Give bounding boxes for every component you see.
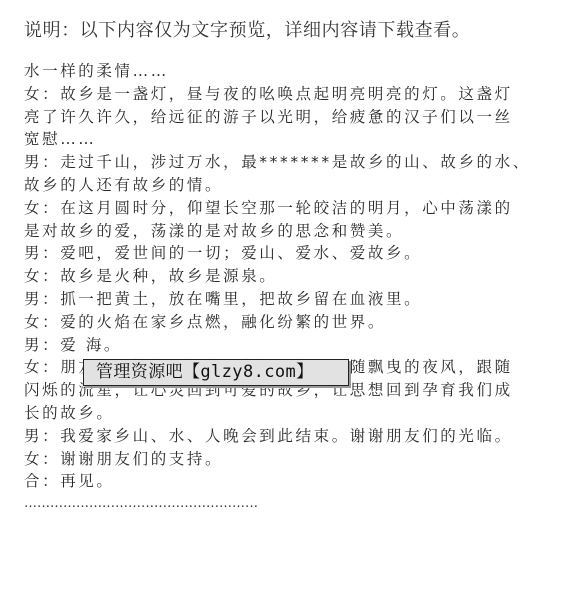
dialogue-line: 男：爱 海。: [24, 334, 544, 357]
preview-notice: 说明：以下内容仅为文字预览，详细内容请下载查看。: [24, 18, 470, 44]
dialogue-line: 女：故乡是火种，故乡是源泉。: [24, 265, 544, 288]
dialogue-line: 长的故乡。: [24, 402, 544, 425]
document-title: 水一样的柔情……: [24, 60, 544, 83]
dialogue-line: 男：爱吧，爱世间的一切；爱山、爱水、爱故乡。: [24, 242, 544, 265]
dialogue-line: 男：抓一把黄土，放在嘴里，把故乡留在血液里。: [24, 288, 544, 311]
dialogue-line: 男：我爱家乡山、水、人晚会到此结束。谢谢朋友们的光临。: [24, 425, 544, 448]
ending-dots: ………………………………………………: [24, 493, 544, 516]
dialogue-line: 宽慰……: [24, 128, 544, 151]
dialogue-line: 男：走过千山，涉过万水，最*******是故乡的山、故乡的水、: [24, 151, 544, 174]
dialogue-line: 女：在这月圆时分，仰望长空那一轮皎洁的明月，心中荡漾的: [24, 197, 544, 220]
dialogue-line: 故乡的人还有故乡的情。: [24, 174, 544, 197]
document-body: 水一样的柔情…… 女：故乡是一盏灯，昼与夜的吆唤点起明亮明亮的灯。这盏灯 亮了许…: [24, 60, 544, 516]
dialogue-line: 女：爱的火焰在家乡点燃，融化纷繁的世界。: [24, 311, 544, 334]
dialogue-line: 合：再见。: [24, 470, 544, 493]
dialogue-line: 是对故乡的爱，荡漾的是对故乡的思念和赞美。: [24, 220, 544, 243]
watermark-banner: 管理资源吧【glzy8.com】: [83, 359, 349, 386]
dialogue-line: 女：故乡是一盏灯，昼与夜的吆唤点起明亮明亮的灯。这盏灯: [24, 83, 544, 106]
dialogue-line: 亮了许久许久，给远征的游子以光明，给疲惫的汉子们以一丝: [24, 106, 544, 129]
dialogue-line: 女：谢谢朋友们的支持。: [24, 448, 544, 471]
